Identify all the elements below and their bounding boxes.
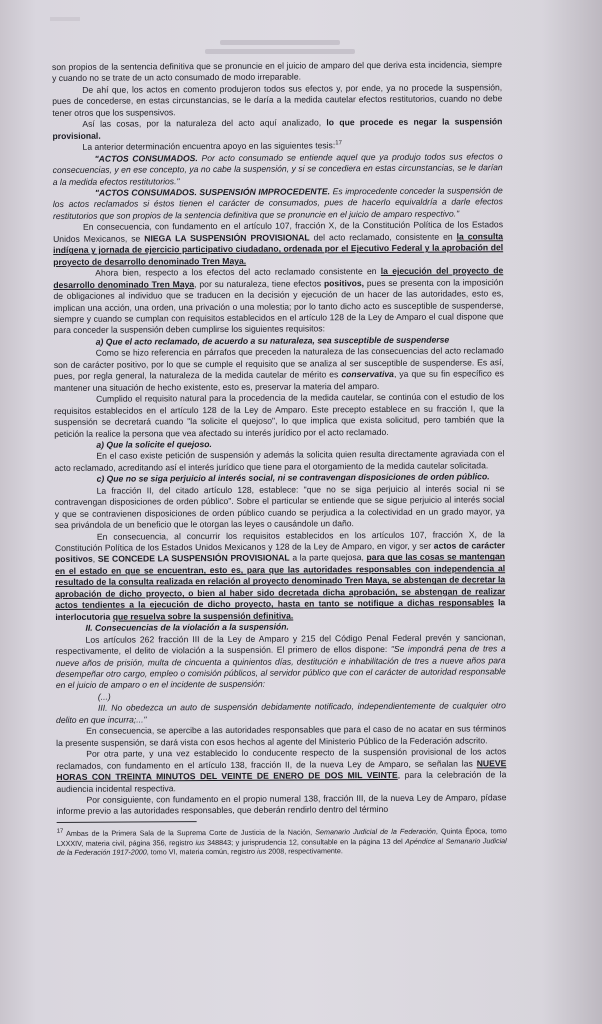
quoted-law-text: III. No obedezca un auto de suspensión d… bbox=[56, 701, 506, 727]
thesis-title: "ACTOS CONSUMADOS. bbox=[95, 153, 198, 164]
thesis-quote: "ACTOS CONSUMADOS. SUSPENSIÓN IMPROCEDEN… bbox=[53, 185, 503, 222]
text: 2008, respectivamente. bbox=[266, 846, 343, 855]
text: Ahora bien, respecto a los efectos del a… bbox=[95, 266, 381, 278]
document-page: son propios de la sentencia definitiva q… bbox=[52, 59, 507, 857]
thesis-title: "ACTOS CONSUMADOS. SUSPENSIÓN IMPROCEDEN… bbox=[95, 186, 330, 197]
emphasis-text: positivos, bbox=[324, 278, 364, 288]
ghost-header-line bbox=[205, 49, 355, 54]
paragraph: En consecuencia, se apercibe a las autor… bbox=[56, 724, 506, 750]
paragraph: Cumplido el requisito natural para la pr… bbox=[54, 391, 504, 440]
text: ius bbox=[195, 838, 204, 847]
text: 348843; y jurisprudencia 12, consultable… bbox=[205, 836, 405, 846]
ghost-margin-mark bbox=[50, 17, 80, 21]
paragraph: En el caso existe petición de suspensión… bbox=[54, 449, 504, 475]
text: Por otra parte, y una vez establecido lo… bbox=[56, 746, 506, 770]
footnote-ref: 17 bbox=[335, 141, 342, 147]
paragraph: La fracción II, del citado artículo 128,… bbox=[55, 483, 505, 532]
ruling-text: SE CONCEDE LA SUSPENSIÓN PROVISIONAL bbox=[98, 553, 290, 564]
paragraph: Los artículos 262 fracción III de la Ley… bbox=[55, 632, 505, 692]
text: Así las cosas, por la naturaleza del act… bbox=[82, 118, 326, 129]
paragraph: son propios de la sentencia definitiva q… bbox=[52, 59, 502, 85]
footnote: 17 Ambas de la Primera Sala de la Suprem… bbox=[57, 826, 507, 858]
paragraph: Así las cosas, por la naturaleza del act… bbox=[52, 117, 502, 143]
text: del acto reclamado, consistente en bbox=[310, 231, 457, 242]
bleed-through-header bbox=[200, 36, 360, 58]
paragraph: Por consiguiente, con fundamento en el p… bbox=[56, 792, 506, 818]
text: , por su naturaleza, tiene efectos bbox=[194, 278, 324, 289]
footnote-divider bbox=[57, 821, 197, 823]
paragraph: Por otra parte, y una vez establecido lo… bbox=[56, 746, 506, 795]
underlined-text: que resuelva sobre la suspensión definit… bbox=[113, 610, 294, 621]
paragraph: Ahora bien, respecto a los efectos del a… bbox=[53, 265, 503, 336]
thesis-quote: "ACTOS CONSUMADOS. Por acto consumado se… bbox=[53, 151, 503, 188]
paragraph: De ahí que, los actos en comento produje… bbox=[52, 82, 502, 119]
text: La anterior determinación encuentra apoy… bbox=[82, 140, 335, 152]
ruling-text: NIEGA LA SUSPENSIÓN PROVISIONAL bbox=[144, 232, 309, 243]
paragraph: En consecuencia, con fundamento en el ar… bbox=[53, 220, 503, 269]
paragraph: Como se hizo referencia en párrafos que … bbox=[54, 346, 504, 395]
text: a la parte quejosa, bbox=[290, 553, 367, 563]
text: , tomo VI, materia común, registro bbox=[147, 847, 257, 857]
ghost-header-line bbox=[220, 40, 340, 45]
text: . bbox=[98, 130, 100, 140]
text: Semanario Judicial de la Federación bbox=[315, 827, 436, 837]
emphasis-text: conservativa bbox=[341, 369, 394, 379]
paragraph: En consecuencia, al concurrir los requis… bbox=[55, 529, 506, 623]
